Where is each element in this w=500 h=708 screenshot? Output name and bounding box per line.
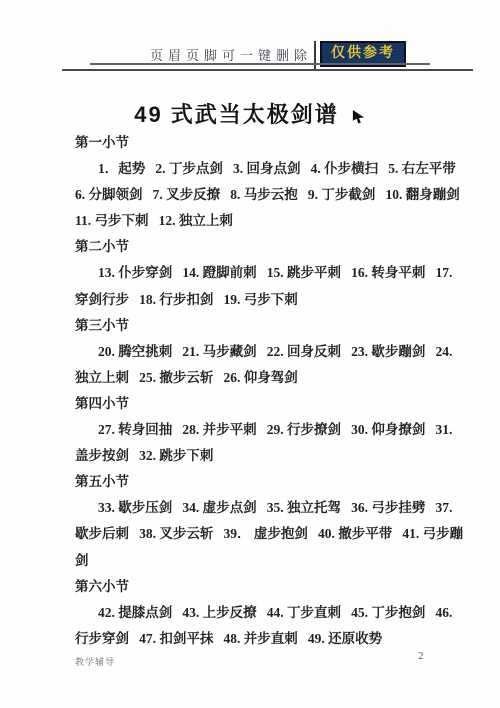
moves-line: 13. 仆步穿剑 14. 蹬脚前刺 15. 跳步平刺 16. 转身平刺 17. [75, 260, 435, 286]
cursor-arrow-icon [351, 109, 366, 124]
section-heading: 第五小节 [75, 469, 435, 495]
moves-line: 27. 转身回抽 28. 并步平刺 29. 行步撩剑 30. 仰身撩剑 31. [75, 417, 435, 443]
title-row: 49 式武当太极剑谱 [0, 98, 500, 129]
moves-line: 盖步按剑 32. 跳步下刺 [75, 443, 435, 469]
moves-line: 剑 [75, 548, 435, 574]
header-hint-text: 页眉页脚可一键删除 [150, 45, 312, 64]
moves-line: 1．起势 2. 丁步点剑 3. 回身点剑 4. 仆步横扫 5. 右左平带 [75, 156, 435, 182]
header-rule-short [90, 63, 430, 65]
moves-line: 穿剑行步 18. 行步扣剑 19. 弓步下刺 [75, 287, 435, 313]
footer-label: 教学辅导 [75, 655, 115, 668]
section-heading: 第四小节 [75, 391, 435, 417]
page-title: 49 式武当太极剑谱 [134, 98, 339, 129]
moves-line: 独立上刺 25. 撤步云斩 26. 仰身驾剑 [75, 365, 435, 391]
moves-line: 行步穿剑 47. 扣剑平抹 48. 并步直刺 49. 还原收势 [75, 626, 435, 652]
header-rule-long [62, 69, 473, 71]
moves-line: 11. 弓步下刺 12. 独立上刺 [75, 208, 435, 234]
moves-line: 42. 提膝点剑 43. 上步反撩 44. 丁步直刺 45. 丁步抱剑 46. [75, 600, 435, 626]
moves-line: 歇步后刺 38. 叉步云斩 39． 虚步抱剑 40. 撤步平带 41. 弓步蹦 [75, 521, 435, 547]
section-heading: 第三小节 [75, 313, 435, 339]
section-heading: 第二小节 [75, 234, 435, 260]
page-number: 2 [418, 650, 424, 662]
moves-line: 33. 歇步压剑 34. 虚步点剑 35. 独立托驾 36. 弓步挂劈 37. [75, 495, 435, 521]
moves-line: 20. 腾空挑刺 21. 马步藏剑 22. 回身反刺 23. 歇步蹦剑 24. [75, 339, 435, 365]
section-heading: 第一小节 [75, 130, 435, 156]
document-page: 页眉页脚可一键删除 仅供参考 49 式武当太极剑谱 第一小节1．起势 2. 丁步… [0, 0, 500, 708]
header-vertical-divider [314, 41, 316, 71]
moves-line: 6. 分脚领剑 7. 叉步反撩 8. 马步云抱 9. 丁步截剑 10. 翻身蹦剑 [75, 182, 435, 208]
sections: 第一小节1．起势 2. 丁步点剑 3. 回身点剑 4. 仆步横扫 5. 右左平带… [75, 130, 435, 652]
section-heading: 第六小节 [75, 574, 435, 600]
